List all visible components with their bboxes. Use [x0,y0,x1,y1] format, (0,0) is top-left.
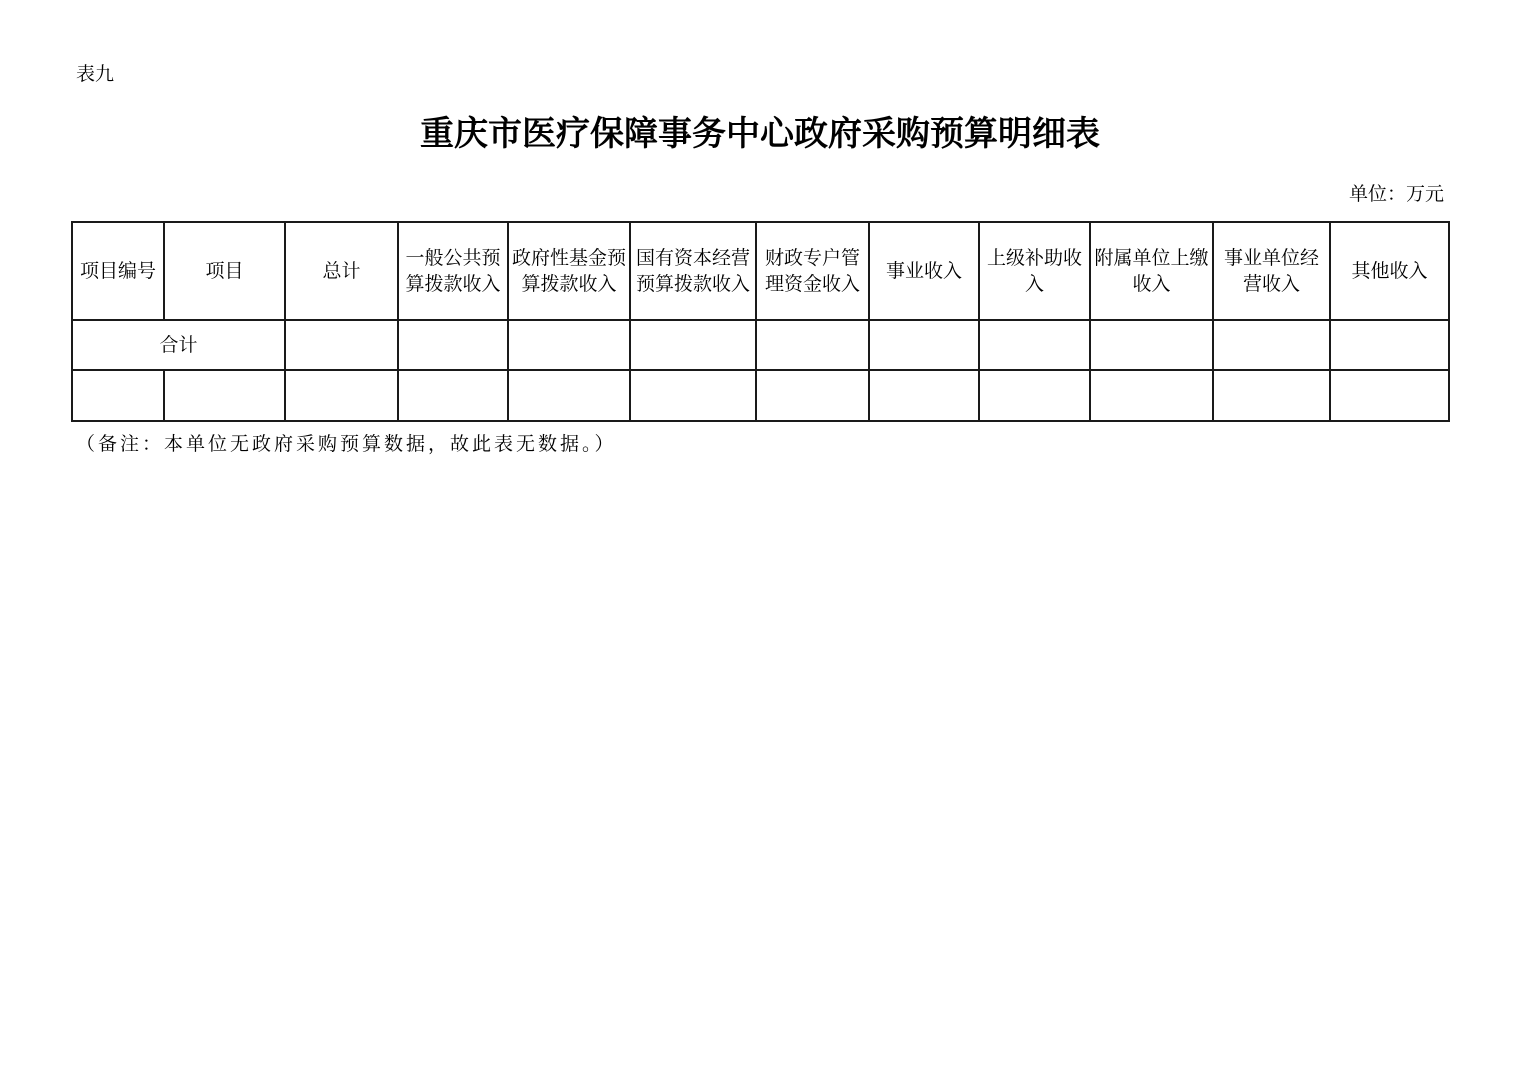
total-cell-other-income [1330,320,1449,370]
table-header-row: 项目编号 项目 总计 一般公共预算拨款收入 政府性基金预算拨款收入 国有资本经营… [72,222,1449,320]
table-number-label: 表九 [76,62,114,86]
total-cell-fiscal-special-account [756,320,869,370]
header-general-public-budget: 一般公共预算拨款收入 [398,222,508,320]
header-affiliated-unit-remittance: 附属单位上缴收入 [1090,222,1213,320]
total-cell-total [285,320,398,370]
header-total: 总计 [285,222,398,320]
header-project-code: 项目编号 [72,222,164,320]
header-government-fund-budget: 政府性基金预算拨款收入 [508,222,630,320]
cell-general-public-budget [398,370,508,421]
page-title: 重庆市医疗保障事务中心政府采购预算明细表 [0,110,1520,158]
cell-public-institution-operating [1213,370,1330,421]
total-cell-superior-subsidy [979,320,1090,370]
total-label: 合计 [72,320,285,370]
cell-fiscal-special-account [756,370,869,421]
header-fiscal-special-account: 财政专户管理资金收入 [756,222,869,320]
total-cell-affiliated-unit-remittance [1090,320,1213,370]
total-cell-state-capital-budget [630,320,756,370]
cell-project [164,370,285,421]
cell-state-capital-budget [630,370,756,421]
table-row [72,370,1449,421]
cell-other-income [1330,370,1449,421]
cell-total [285,370,398,421]
cell-project-code [72,370,164,421]
header-project: 项目 [164,222,285,320]
procurement-budget-table: 项目编号 项目 总计 一般公共预算拨款收入 政府性基金预算拨款收入 国有资本经营… [71,221,1450,422]
header-superior-subsidy: 上级补助收入 [979,222,1090,320]
cell-superior-subsidy [979,370,1090,421]
total-row: 合计 [72,320,1449,370]
header-other-income: 其他收入 [1330,222,1449,320]
cell-business-income [869,370,979,421]
header-business-income: 事业收入 [869,222,979,320]
total-cell-business-income [869,320,979,370]
total-cell-government-fund-budget [508,320,630,370]
header-state-capital-budget: 国有资本经营预算拨款收入 [630,222,756,320]
cell-government-fund-budget [508,370,630,421]
total-cell-general-public-budget [398,320,508,370]
table-note: （备注：本单位无政府采购预算数据，故此表无数据。） [76,432,617,456]
unit-label: 单位：万元 [1349,182,1444,206]
cell-affiliated-unit-remittance [1090,370,1213,421]
total-cell-public-institution-operating [1213,320,1330,370]
header-public-institution-operating: 事业单位经营收入 [1213,222,1330,320]
